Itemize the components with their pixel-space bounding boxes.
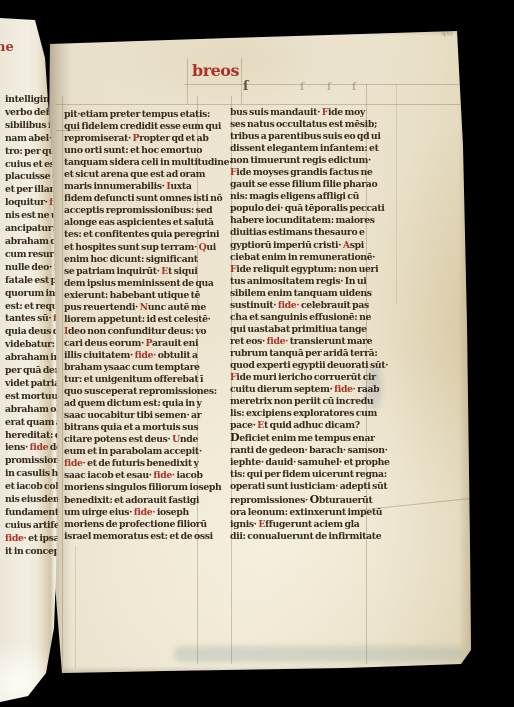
text-column-1: pit·etiam preter tempus etatis:qui fidel… <box>64 109 206 543</box>
text-line: acceptis repromissionibus: sed <box>64 205 206 217</box>
text-line: habere iocunditatem: maiores <box>230 215 384 227</box>
text-line: Fide moyses grandis factus ne <box>230 167 384 179</box>
ruling-line <box>187 58 188 104</box>
text-line: tribus a parentibus suis eo qd ui <box>230 131 384 143</box>
text-line: gyptiorū imperiū cristi· Aspi <box>230 240 384 252</box>
text-line: qui fidelem credidit esse eum qui <box>64 121 206 133</box>
text-line: et sicut arena que est ad oram <box>64 169 206 181</box>
text-line: benedixit: et adorauit fastigi <box>64 495 206 507</box>
text-line: enim hoc dicunt: significant <box>64 254 206 266</box>
manuscript-page: breos 46 ſ ſ ſ ſ pit·etiam preter tempus… <box>44 26 474 678</box>
text-line: braham ysaac cum temptare <box>64 362 206 374</box>
text-line: diuitias estimans thesauro e <box>230 227 384 239</box>
pen-mark: ſ <box>300 82 304 93</box>
ruling-line <box>241 58 242 104</box>
text-line: tus animositatem regis· In ui <box>230 276 384 288</box>
ruling-line <box>184 84 466 85</box>
text-line: Fide reliquit egyptum: non ueri <box>230 264 384 276</box>
text-line: alonge eas aspicientes et salutā <box>64 217 206 229</box>
text-line: tis: qui per fidem uicerunt regna: <box>230 469 384 481</box>
pen-mark: ſ <box>327 82 331 93</box>
text-line: ora leonum: extinxerunt impetū <box>230 507 384 519</box>
text-line: pace· Et quid adhuc dicam? <box>230 420 384 432</box>
ruling-line <box>75 546 76 668</box>
ruling-line <box>62 96 63 668</box>
text-line: illis ciuitatem· fide· obtulit a <box>64 350 206 362</box>
text-line: liorem appetunt: id est celestē· <box>64 314 206 326</box>
text-line: exierunt: habebant utique tē <box>64 290 206 302</box>
text-line: bitrans quia et a mortuis sus <box>64 422 206 434</box>
text-line: fidem defuncti sunt omnes isti nō <box>64 193 206 205</box>
text-line: uno orti sunt: et hoc emortuo <box>64 145 206 157</box>
text-line: gauit se esse filium filie pharao <box>230 179 384 191</box>
text-line: citare potens est deus· Unde <box>64 434 206 446</box>
text-line: eum et in parabolam accepit· <box>64 446 206 458</box>
text-line: ad quem dictum est: quia in y <box>64 398 206 410</box>
text-line: bus suis mandauit· Fide moy <box>230 107 384 119</box>
text-line: dissent elegantem infantem: et <box>230 143 384 155</box>
text-line: saac iacob et esau· fide· iacob <box>64 470 206 482</box>
text-line: lis: excipiens exploratores cum <box>230 408 384 420</box>
facing-running-title-fragment: ne <box>0 40 14 55</box>
text-line: maris innumerabilis· Iuxta <box>64 181 206 193</box>
page-edge-top <box>44 26 474 36</box>
text-line: fide· et de futuris benedixit y <box>64 458 206 470</box>
text-line: pit·etiam preter tempus etatis: <box>64 109 206 121</box>
text-line: meretrix non periit cū incredu <box>230 396 384 408</box>
pen-mark: ſ <box>243 79 249 94</box>
text-line: pus reuertendi· Nunc autē me <box>64 302 206 314</box>
text-line: moriens singulos filiorum ioseph <box>64 482 206 494</box>
text-line: sustinuit· fide· celebrauit pas <box>230 300 384 312</box>
text-line: tes: et confitentes quia peregrini <box>64 229 206 241</box>
text-line: rubrum tanquā per aridā terrā: <box>230 348 384 360</box>
folio-number: 46 <box>440 28 453 39</box>
page-edge-right <box>458 26 474 678</box>
text-line: ret eos· fide· transierunt mare <box>230 336 384 348</box>
photo-background: breos 46 ſ ſ ſ ſ pit·etiam preter tempus… <box>0 0 514 707</box>
running-title: breos <box>192 61 239 80</box>
text-line: quo susceperat repromissiones: <box>64 386 206 398</box>
text-line: ignis· Effugerunt aciem gla <box>230 519 384 531</box>
text-line: repromissiones· Obturauerūt <box>230 494 384 507</box>
ruling-line <box>56 104 464 105</box>
text-line: et hospites sunt sup terram· Qui <box>64 242 206 254</box>
text-line: dem ipsius meminissent de qua <box>64 278 206 290</box>
text-line: ranti de gedeon· barach· samson· <box>230 445 384 457</box>
text-line: populo dei· quā tēporalis peccati <box>230 203 384 215</box>
text-line: iephte· dauid· samuhel· et prophe <box>230 457 384 469</box>
text-line: sibilem enim tanquam uidens <box>230 288 384 300</box>
text-line: ses natus occultatus est mēsib; <box>230 119 384 131</box>
text-line: tur: et unigenitum offerebat ī <box>64 374 206 386</box>
text-line: um uirge eius· fide· ioseph <box>64 507 206 519</box>
bottom-shadow-band <box>174 646 464 662</box>
text-line: Fide muri iericho corruerūt cir <box>230 372 384 384</box>
text-line: se patriam inquirūt· Et siqui <box>64 266 206 278</box>
text-line: non timuerunt regis edictum· <box>230 155 384 167</box>
text-line: qui uastabat primitiua tange <box>230 324 384 336</box>
text-line: nis: magis eligens affligi cū <box>230 191 384 203</box>
pen-mark: ſ <box>352 82 356 93</box>
text-line: Ideo non confunditur deus: vo <box>64 326 206 338</box>
text-line: operati sunt iusticiam· adepti sūt <box>230 481 384 493</box>
text-line: quod experti egyptii deuorati sūt· <box>230 360 384 372</box>
text-line: moriens de profectione filiorū <box>64 519 206 531</box>
text-line: repromiserat· Propter qd et ab <box>64 133 206 145</box>
text-line: Deficiet enim me tempus enar <box>230 432 384 445</box>
text-line: cuitu dierum septem· fide· raab <box>230 384 384 396</box>
text-line: saac uocabitur tibi semen· ar <box>64 410 206 422</box>
text-line: cha et sanguinis effusionē: ne <box>230 312 384 324</box>
text-column-2: bus suis mandauit· Fide moyses natus occ… <box>230 107 384 543</box>
text-line: israel memoratus est: et de ossi <box>64 531 206 543</box>
text-line: tanquam sidera celi in multitudine· <box>64 157 206 169</box>
text-line: cari deus eorum· Parauit eni <box>64 338 206 350</box>
text-line: dii: conualuerunt de infirmitate <box>230 531 384 543</box>
ruling-line <box>396 84 397 304</box>
text-line: ciebat enim in remunerationē· <box>230 252 384 264</box>
page-edge-bottom <box>44 666 474 678</box>
